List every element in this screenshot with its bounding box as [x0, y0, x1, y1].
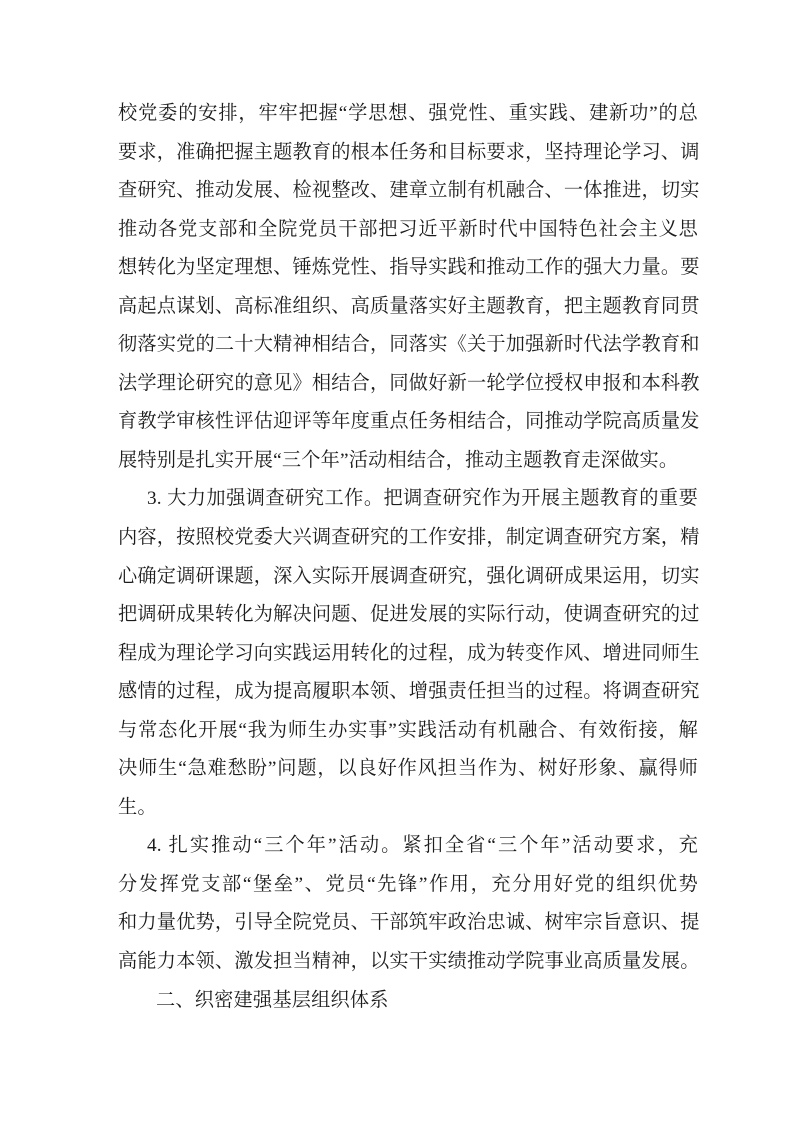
- text-line: 把调研成果转化为解决问题、促进发展的实际行动，使调查研究的过: [118, 596, 698, 635]
- text-line: 内容，按照校党委大兴调查研究的工作安排，制定调查研究方案，精: [118, 519, 698, 558]
- text-line: 推动各党支部和全院党员干部把习近平新时代中国特色社会主义思: [118, 211, 698, 250]
- text-line: 决师生“急难愁盼”问题，以良好作风担当作为、树好形象、赢得师: [118, 750, 698, 789]
- text-line: 与常态化开展“我为师生办实事”实践活动有机融合、有效衔接，解: [118, 712, 698, 751]
- text-line: 查研究、推动发展、检视整改、建章立制有机融合、一体推进，切实: [118, 172, 698, 211]
- document-page: 校党委的安排，牢牢把握“学思想、强党性、重实践、建新功”的总要求，准确把握主题教…: [0, 0, 793, 1122]
- text-line: 生。: [118, 789, 698, 828]
- text-line: 感情的过程，成为提高履职本领、增强责任担当的过程。将调查研究: [118, 673, 698, 712]
- text-line: 法学理论研究的意见》相结合，同做好新一轮学位授权申报和本科教: [118, 365, 698, 404]
- text-line: 3. 大力加强调查研究工作。把调查研究作为开展主题教育的重要: [118, 480, 698, 519]
- paragraph: 4. 扎实推动“三个年”活动。紧扣全省“三个年”活动要求，充分发挥党支部“堡垒”…: [118, 827, 698, 981]
- section-heading: 二、织密建强基层组织体系: [118, 982, 698, 1021]
- text-line: 高能力本领、激发担当精神，以实干实绩推动学院事业高质量发展。: [118, 943, 698, 982]
- text-line: 心确定调研课题，深入实际开展调查研究，强化调研成果运用，切实: [118, 558, 698, 597]
- paragraph: 3. 大力加强调查研究工作。把调查研究作为开展主题教育的重要内容，按照校党委大兴…: [118, 480, 698, 827]
- text-line: 展特别是扎实开展“三个年”活动相结合，推动主题教育走深做实。: [118, 442, 698, 481]
- text-line: 要求，准确把握主题教育的根本任务和目标要求，坚持理论学习、调: [118, 134, 698, 173]
- paragraph: 校党委的安排，牢牢把握“学思想、强党性、重实践、建新功”的总要求，准确把握主题教…: [118, 95, 698, 480]
- text-line: 4. 扎实推动“三个年”活动。紧扣全省“三个年”活动要求，充: [118, 827, 698, 866]
- text-line: 想转化为坚定理想、锤炼党性、指导实践和推动工作的强大力量。要: [118, 249, 698, 288]
- text-line: 二、织密建强基层组织体系: [118, 982, 698, 1021]
- text-line: 高起点谋划、高标准组织、高质量落实好主题教育，把主题教育同贯: [118, 288, 698, 327]
- text-line: 育教学审核性评估迎评等年度重点任务相结合，同推动学院高质量发: [118, 403, 698, 442]
- text-line: 和力量优势，引导全院党员、干部筑牢政治忠诚、树牢宗旨意识、提: [118, 904, 698, 943]
- text-line: 校党委的安排，牢牢把握“学思想、强党性、重实践、建新功”的总: [118, 95, 698, 134]
- text-line: 彻落实党的二十大精神相结合，同落实《关于加强新时代法学教育和: [118, 326, 698, 365]
- text-line: 分发挥党支部“堡垒”、党员“先锋”作用，充分用好党的组织优势: [118, 866, 698, 905]
- document-body: 校党委的安排，牢牢把握“学思想、强党性、重实践、建新功”的总要求，准确把握主题教…: [118, 95, 698, 1020]
- text-line: 程成为理论学习向实践运用转化的过程，成为转变作风、增进同师生: [118, 635, 698, 674]
